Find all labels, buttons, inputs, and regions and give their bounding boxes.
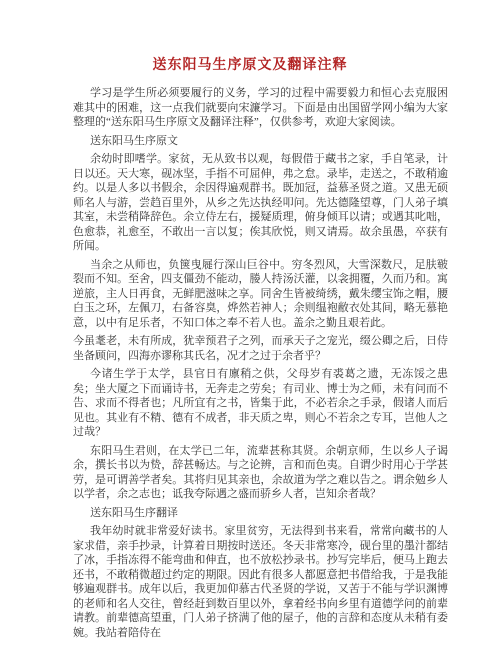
original-paragraph-1: 余幼时即嗜学。家贫，无从致书以观，每假借于藏书之家，手自笔录，计日以还。天大寒，… [73,152,448,254]
original-paragraph-5: 东阳马生君则，在太学已二年，流辈甚称其贤。余朝京师，生以乡人子谒余，撰长书以为贽… [73,444,448,502]
document-content: 学习是学生所必须要履行的义务，学习的过程中需要毅力和恒心去克服困难其中的困难，这… [73,86,448,640]
original-paragraph-4: 今诸生学于太学，县官日有廪稍之供，父母岁有裘葛之遗，无冻馁之患矣；坐大厦之下而诵… [73,367,448,440]
original-section-heading: 送东阳马生序原文 [73,134,448,149]
intro-paragraph: 学习是学生所必须要履行的义务，学习的过程中需要毅力和恒心去克服困难其中的困难，这… [73,86,448,130]
original-paragraph-2: 当余之从师也，负箧曳屣行深山巨谷中。穷冬烈风，大雪深数尺，足肤皲裂而不知。至舍，… [73,258,448,331]
translation-paragraph-1: 我年幼时就非常爱好读书。家里贫穷，无法得到书来看，常常向藏书的人家求借，亲手抄录… [73,524,448,640]
translation-section-heading: 送东阳马生序翻译 [73,506,448,521]
original-paragraph-3: 今虽耄老，未有所成，犹幸预君子之列，而承天子之宠光，缀公卿之后，日侍坐备顾问，四… [73,334,448,363]
document-page: 送东阳马生序原文及翻译注释 学习是学生所必须要履行的义务，学习的过程中需要毅力和… [0,0,500,647]
page-title: 送东阳马生序原文及翻译注释 [0,0,500,76]
